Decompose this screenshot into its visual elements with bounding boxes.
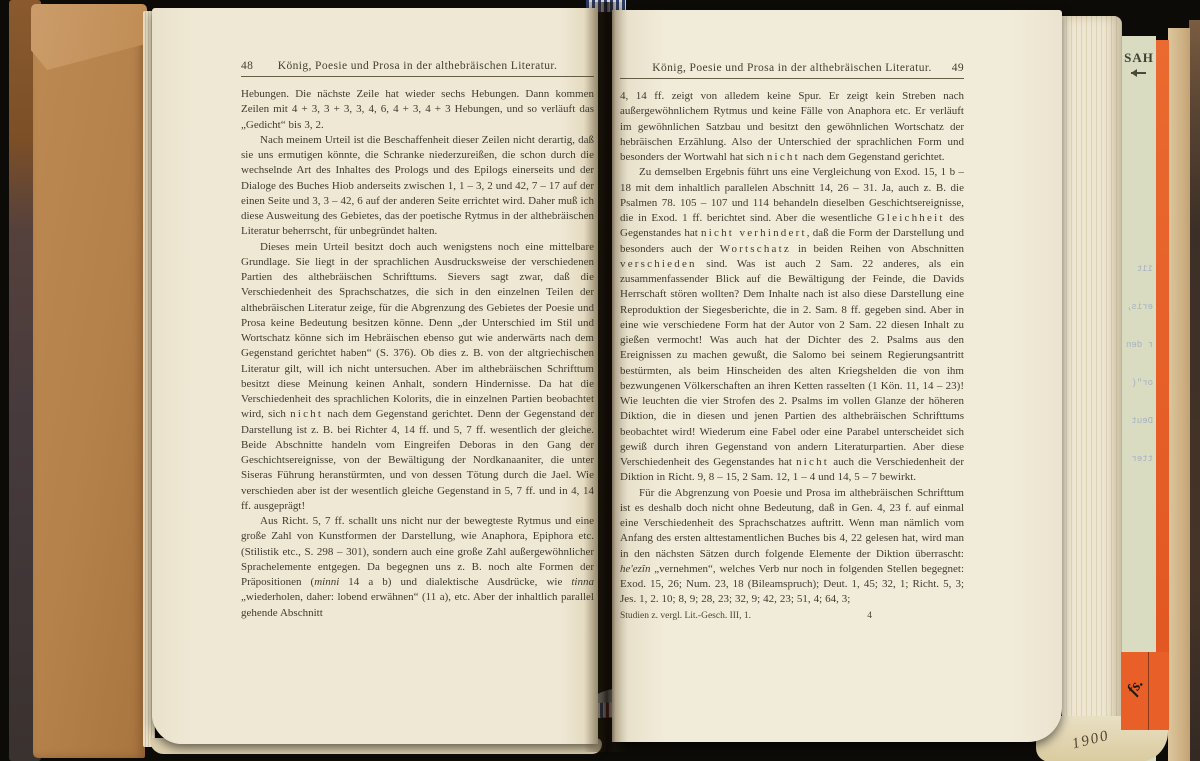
bleedthrough-fragment: Deut — [1122, 416, 1156, 426]
right-page-header: König, Poesie und Prosa in der althebräi… — [620, 10, 964, 74]
series-signature-note: Studien z. vergl. Lit.-Gesch. III, 1. — [620, 611, 751, 621]
right-fore-edge-stack — [1062, 16, 1122, 730]
paragraph: Hebungen. Die nächste Zeile hat wieder s… — [241, 87, 594, 133]
right-cover-board — [1189, 20, 1200, 761]
paragraph: 4, 14 ff. zeigt von alledem keine Spur. … — [620, 89, 964, 165]
right-page-text: 4, 14 ff. zeigt von alledem keine Spur. … — [620, 89, 964, 608]
spine-label-text: SAH — [1122, 50, 1156, 66]
tab-crease-line — [1148, 652, 1149, 730]
bottom-handwriting: 1900 — [1071, 728, 1112, 754]
right-running-title: König, Poesie und Prosa in der althebräi… — [652, 62, 932, 74]
sheet-number: 4 — [867, 611, 872, 621]
left-endpaper — [33, 6, 145, 758]
right-page-footer: Studien z. vergl. Lit.-Gesch. III, 1. 4 — [620, 611, 964, 621]
header-rule — [241, 76, 594, 77]
left-running-title: König, Poesie und Prosa in der althebräi… — [278, 60, 558, 72]
book-scan-scene: 48 König, Poesie und Prosa in der altheb… — [0, 0, 1200, 761]
right-page-number: 49 — [932, 62, 964, 74]
bleedthrough-fragment: 11t — [1122, 264, 1156, 274]
right-page: König, Poesie und Prosa in der althebräi… — [612, 10, 1062, 742]
right-outer-page-edges — [1168, 28, 1190, 761]
orange-paper-strip — [1156, 40, 1169, 656]
tab-handwriting: fs. — [1124, 675, 1148, 698]
arrow-left-icon — [1127, 69, 1137, 77]
paragraph: Für die Abgrenzung von Poesie und Prosa … — [620, 486, 964, 608]
header-rule — [620, 78, 964, 79]
left-page-text: Hebungen. Die nächste Zeile hat wieder s… — [241, 87, 594, 621]
left-page-header: 48 König, Poesie und Prosa in der altheb… — [241, 8, 594, 72]
paragraph: Dieses mein Urteil besitzt doch auch wen… — [241, 240, 594, 515]
paragraph: Nach meinem Urteil ist die Beschaffenhei… — [241, 133, 594, 240]
left-page: 48 König, Poesie und Prosa in der altheb… — [152, 8, 598, 744]
paragraph: Zu demselben Ergebnis führt uns eine Ver… — [620, 165, 964, 485]
bleedthrough-fragment: eris, — [1122, 302, 1156, 312]
bleedthrough-text: 11teris,r denor"(Deuttter — [1122, 236, 1156, 464]
left-page-number: 48 — [241, 60, 278, 72]
bleedthrough-fragment: r den — [1122, 340, 1156, 350]
orange-bookmark-tab: fs. — [1121, 652, 1169, 730]
paragraph: Aus Richt. 5, 7 ff. schallt uns nicht nu… — [241, 514, 594, 621]
bleedthrough-fragment: or"( — [1122, 378, 1156, 388]
bleedthrough-fragment: tter — [1122, 454, 1156, 464]
